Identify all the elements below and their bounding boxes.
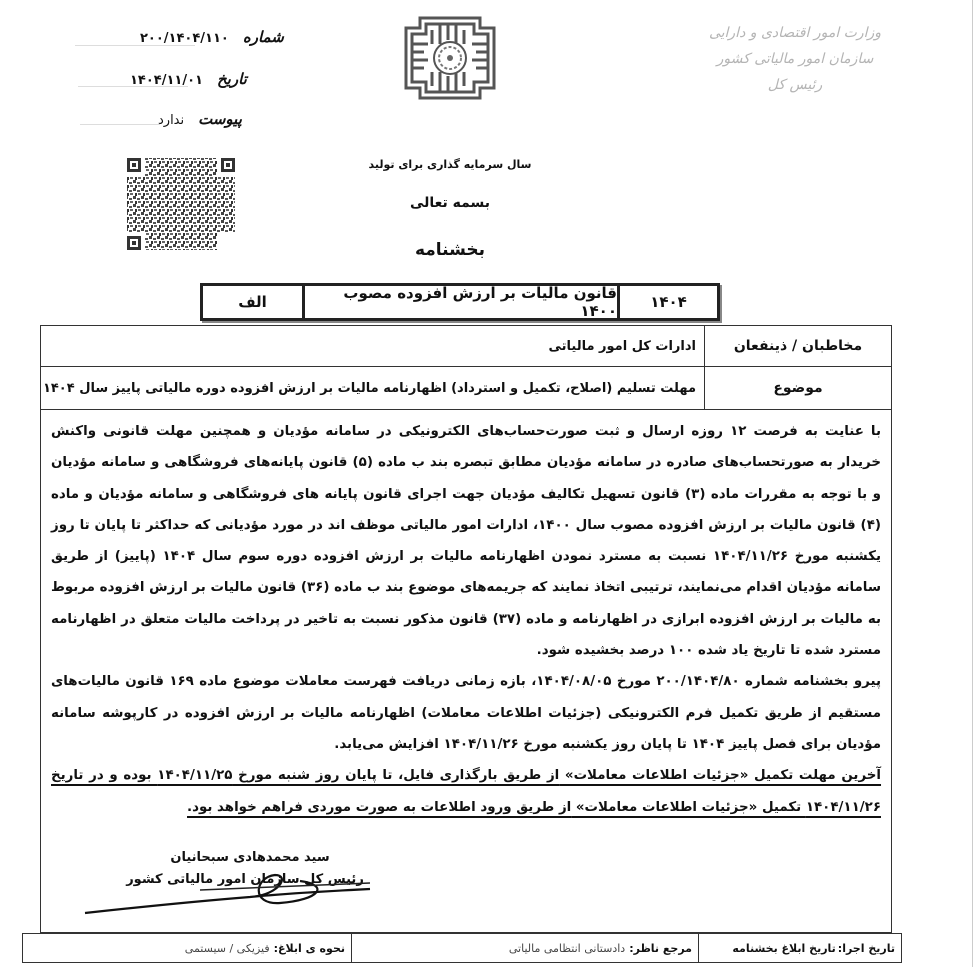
ministry-header: وزارت امور اقتصادی و دارایی سازمان امور … xyxy=(690,20,900,98)
signature-icon xyxy=(80,855,380,925)
notification-label: نحوه ی ابلاغ: xyxy=(274,942,345,955)
execution-label: تاریخ اجرا: xyxy=(838,942,895,955)
subject-value: مهلت تسلیم (اصلاح، تکمیل و استرداد) اظها… xyxy=(41,367,704,409)
year-slogan: سال سرمایه گذاری برای تولید xyxy=(340,158,560,171)
attachment-label: پیوست xyxy=(198,110,242,128)
supervisory-authority-cell: مرجع ناظر: دادستانی انتظامی مالیاتی xyxy=(351,934,699,962)
letter-number: شماره ۲۰۰/۱۴۰۴/۱۱۰ xyxy=(140,28,284,46)
reference-value: دادستانی انتظامی مالیاتی xyxy=(509,942,625,955)
classification-code: الف xyxy=(203,286,302,318)
classification-box: ۱۴۰۴ قانون مالیات بر ارزش افزوده مصوب ۱۴… xyxy=(200,283,720,321)
date-label: تاریخ xyxy=(217,70,247,88)
qr-code-icon xyxy=(125,156,237,252)
notification-value: فیزیکی / سیستمی xyxy=(185,942,270,955)
document-type-title: بخشنامه xyxy=(380,240,520,260)
body-paragraph-3: آخرین مهلت تکمیل «جزئیات اطلاعات معاملات… xyxy=(51,760,881,823)
recipients-row: مخاطبان / ذینفعان ادارات کل امور مالیاتی xyxy=(41,326,891,367)
tax-organization-logo-icon xyxy=(398,14,502,102)
basmala: بسمه تعالی xyxy=(380,195,520,211)
recipients-value: ادارات کل امور مالیاتی xyxy=(41,326,704,366)
letter-attachment: پیوست ندارد xyxy=(158,110,242,128)
execution-date-cell: تاریخ اجرا: تاریخ ابلاغ بخشنامه xyxy=(699,934,901,962)
paragraph-3-part-3: تکمیل «جزئیات اطلاعات معاملات» xyxy=(571,800,806,815)
ministry-line-3: رئیس کل xyxy=(690,72,900,98)
ministry-line-2: سازمان امور مالیاتی کشور xyxy=(690,46,900,72)
attachment-value: ندارد xyxy=(158,113,184,128)
paragraph-3-part-1: آخرین مهلت تکمیل «جزئیات اطلاعات معاملات… xyxy=(559,768,881,783)
paragraph-3-part-4: از طریق ورود اطلاعات به صورت موردی فراهم… xyxy=(187,800,571,815)
classification-year: ۱۴۰۴ xyxy=(617,286,717,318)
circular-table: مخاطبان / ذینفعان ادارات کل امور مالیاتی… xyxy=(40,325,892,933)
body-paragraph-2: پیرو بخشنامه شماره ۲۰۰/۱۴۰۴/۸۰ مورخ ۱۴۰۴… xyxy=(51,666,881,760)
ministry-line-1: وزارت امور اقتصادی و دارایی xyxy=(690,20,900,46)
subject-row: موضوع مهلت تسلیم (اصلاح، تکمیل و استرداد… xyxy=(41,367,891,410)
page-edge xyxy=(972,0,973,967)
number-label: شماره xyxy=(243,28,284,46)
body-paragraph-1: با عنایت به فرصت ۱۲ روزه ارسال و ثبت صور… xyxy=(51,416,881,666)
number-value: ۲۰۰/۱۴۰۴/۱۱۰ xyxy=(140,31,229,46)
footer-row: تاریخ اجرا: تاریخ ابلاغ بخشنامه مرجع ناظ… xyxy=(22,933,902,963)
subject-label: موضوع xyxy=(704,367,891,409)
notification-method-cell: نحوه ی ابلاغ: فیزیکی / سیستمی xyxy=(23,934,351,962)
classification-law: قانون مالیات بر ارزش افزوده مصوب ۱۴۰۰ xyxy=(302,286,617,318)
recipients-label: مخاطبان / ذینفعان xyxy=(704,326,891,366)
reference-label: مرجع ناظر: xyxy=(629,942,692,955)
execution-value: تاریخ ابلاغ بخشنامه xyxy=(732,942,835,955)
